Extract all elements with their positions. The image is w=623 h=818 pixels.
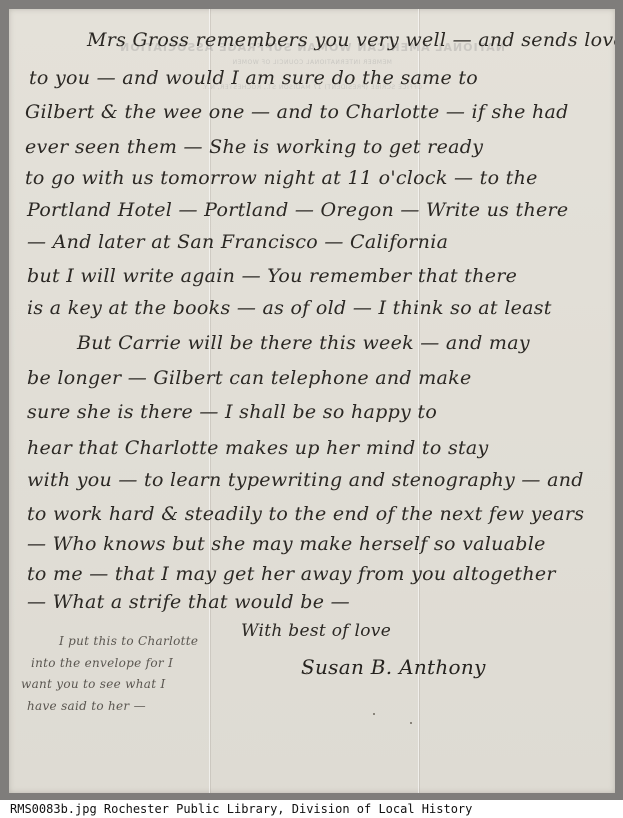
postscript-line-1: I put this to Charlotte <box>59 634 198 648</box>
letter-line-18: — What a strife that would be — <box>27 591 350 613</box>
letter-line-11: be longer — Gilbert can telephone and ma… <box>27 367 472 389</box>
letter-line-4: ever seen them — She is working to get r… <box>25 136 483 158</box>
letter-line-17: to me — that I may get her away from you… <box>27 563 556 585</box>
letter-line-1: Mrs Gross remembers you very well — and … <box>87 29 615 51</box>
paper-speck <box>410 722 412 724</box>
postscript-line-4: have said to her — <box>27 699 146 713</box>
letter-line-7: — And later at San Francisco — Californi… <box>27 231 448 253</box>
letter-line-2: to you — and would I am sure do the same… <box>29 67 478 89</box>
letter-page: NATIONAL AMERICAN WOMAN SUFFRAGE ASSOCIA… <box>9 9 615 793</box>
letter-line-10: But Carrie will be there this week — and… <box>77 332 530 354</box>
postscript-line-2: into the envelope for I <box>31 656 173 670</box>
letter-line-16: — Who knows but she may make herself so … <box>27 533 546 555</box>
image-caption: RMS0083b.jpg Rochester Public Library, D… <box>10 800 472 818</box>
letter-line-15: to work hard & steadily to the end of th… <box>27 503 584 525</box>
letter-line-12: sure she is there — I shall be so happy … <box>27 401 437 423</box>
scan-background: NATIONAL AMERICAN WOMAN SUFFRAGE ASSOCIA… <box>0 0 623 800</box>
signature: Susan B. Anthony <box>301 655 486 679</box>
letterhead-subtitle: MEMBER INTERNATIONAL COUNCIL OF WOMEN <box>9 59 615 66</box>
letter-closing: With best of love <box>241 621 391 641</box>
letter-line-6: Portland Hotel — Portland — Oregon — Wri… <box>27 199 568 221</box>
letter-line-14: with you — to learn typewriting and sten… <box>27 469 584 491</box>
paper-speck <box>373 713 375 715</box>
letter-line-5: to go with us tomorrow night at 11 o'clo… <box>25 167 538 189</box>
postscript-line-3: want you to see what I <box>21 677 166 691</box>
letter-line-8: but I will write again — You remember th… <box>27 265 517 287</box>
letter-line-9: is a key at the books — as of old — I th… <box>27 297 552 319</box>
letter-line-3: Gilbert & the wee one — and to Charlotte… <box>25 101 569 123</box>
letter-line-13: hear that Charlotte makes up her mind to… <box>27 437 489 459</box>
paper-speck <box>306 672 308 674</box>
